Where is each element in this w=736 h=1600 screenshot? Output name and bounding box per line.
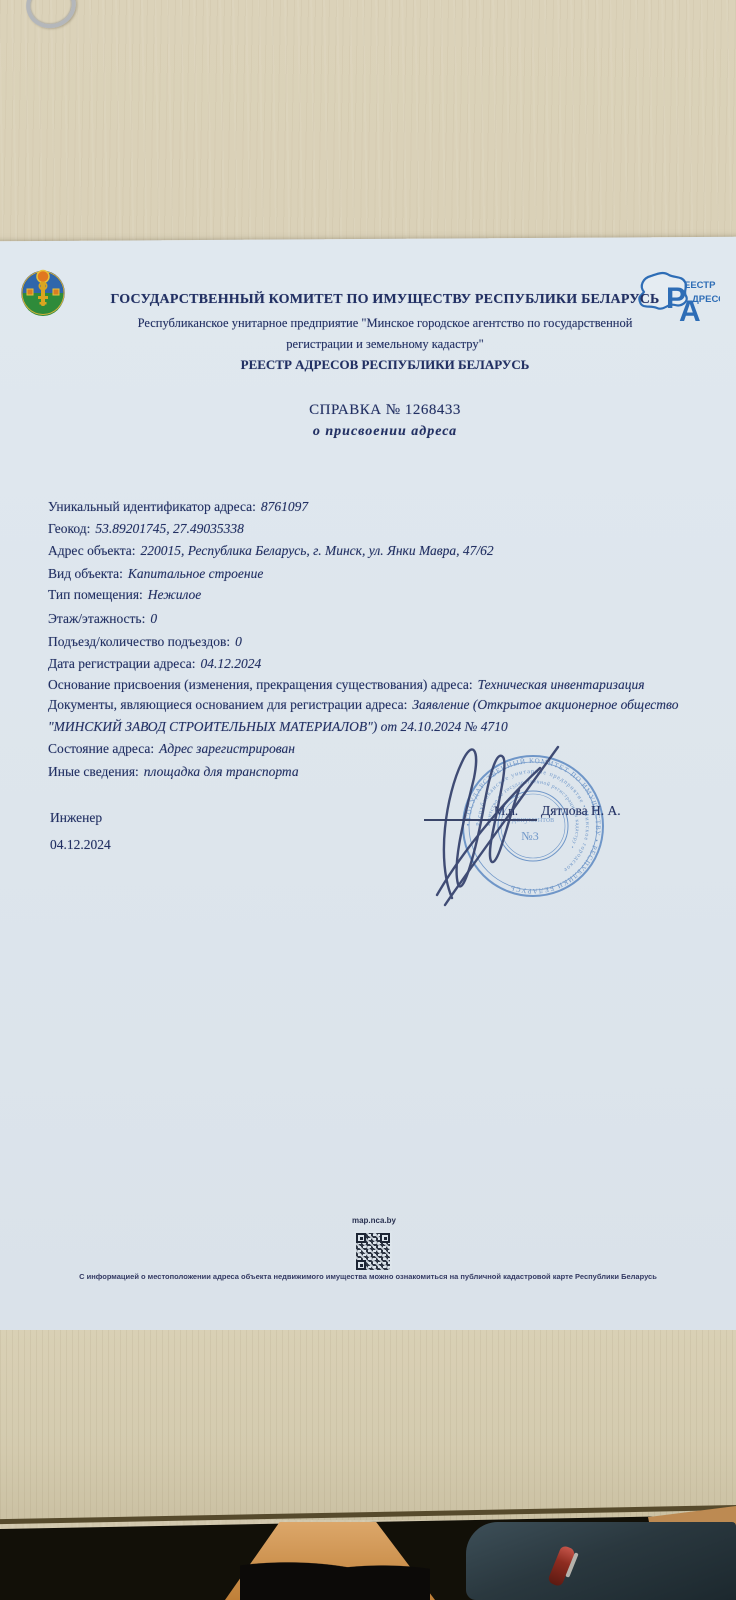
field-value: Нежилое <box>148 587 202 602</box>
signing-date: 04.12.2024 <box>50 837 111 853</box>
stamp-ring-outer-text: • ГОСУДАРСТВЕННЫЙ КОМИТЕТ ПО ИМУЩЕСТВУ •… <box>464 757 602 895</box>
field-value: Капитальное строение <box>128 566 263 581</box>
field-value: Заявление (Открытое акционерное общество <box>412 697 678 712</box>
field-row: Этаж/этажность:0 <box>48 611 157 627</box>
field-label: Вид объекта: <box>48 566 123 581</box>
qr-code <box>354 1231 392 1272</box>
signature-line <box>424 819 537 821</box>
field-row: Документы, являющиеся основанием для рег… <box>48 697 678 713</box>
signer-name: Дятлова Н. А. <box>541 803 621 819</box>
svg-text:• ГОСУДАРСТВЕННЫЙ КОМИТЕТ ПО И: • ГОСУДАРСТВЕННЫЙ КОМИТЕТ ПО ИМУЩЕСТВУ •… <box>464 757 602 895</box>
field-value: Адрес зарегистрирован <box>159 741 295 756</box>
committee-emblem-icon <box>20 266 66 316</box>
field-value: 220015, Республика Беларусь, г. Минск, у… <box>141 543 494 558</box>
binder-ring <box>21 0 82 34</box>
seal-place-abbr: М.п. <box>494 804 518 819</box>
field-label: Дата регистрации адреса: <box>48 656 195 671</box>
header-enterprise-line1: Республиканское унитарное предприятие "М… <box>60 316 710 331</box>
field-row: Уникальный идентификатор адреса:8761097 <box>48 499 308 515</box>
signer-position: Инженер <box>50 810 102 826</box>
official-stamp: • ГОСУДАРСТВЕННЫЙ КОМИТЕТ ПО ИМУЩЕСТВУ •… <box>410 724 660 924</box>
field-value: Техническая инвентаризация <box>478 677 645 692</box>
field-row: Тип помещения:Нежилое <box>48 587 201 603</box>
field-row: Геокод:53.89201745, 27.49035338 <box>48 521 244 537</box>
certificate-subtitle: о присвоении адреса <box>60 424 710 440</box>
field-row: Дата регистрации адреса:04.12.2024 <box>48 656 261 672</box>
certificate-number: СПРАВКА № 1268433 <box>60 402 710 419</box>
footer-note: С информацией о местоположении адреса об… <box>60 1272 676 1281</box>
field-row: Состояние адреса:Адрес зарегистрирован <box>48 741 295 757</box>
field-value: 8761097 <box>261 499 308 514</box>
field-label: Этаж/этажность: <box>48 611 145 626</box>
field-row: Основание присвоения (изменения, прекращ… <box>48 677 644 693</box>
logo-word-reestr: ЕЕСТР <box>684 280 716 291</box>
header-committee: ГОСУДАРСТВЕННЫЙ КОМИТЕТ ПО ИМУЩЕСТВУ РЕС… <box>60 292 710 308</box>
field-row: Иные сведения:площадка для транспорта <box>48 764 299 780</box>
field-value: 0 <box>150 611 157 626</box>
header-enterprise-line2: регистрации и земельному кадастру" <box>60 337 710 352</box>
field-label: Геокод: <box>48 521 90 536</box>
field-label: Основание присвоения (изменения, прекращ… <box>48 677 473 692</box>
field-label: Адрес объекта: <box>48 543 136 558</box>
table-front-edge <box>0 1330 736 1520</box>
field-value: 53.89201745, 27.49035338 <box>95 521 244 536</box>
field-row: Вид объекта:Капитальное строение <box>48 566 263 582</box>
field-row: Адрес объекта:220015, Республика Беларус… <box>48 543 494 559</box>
field-value: площадка для транспорта <box>144 764 299 779</box>
field-label: Иные сведения: <box>48 764 139 779</box>
qr-caption: map.nca.by <box>330 1216 418 1225</box>
qr-finder-icon <box>380 1233 390 1243</box>
field-label: Уникальный идентификатор адреса: <box>48 499 256 514</box>
field-label: Тип помещения: <box>48 587 143 602</box>
floor-shadow <box>240 1556 430 1600</box>
qr-finder-icon <box>356 1260 366 1270</box>
dark-object-under-table <box>466 1522 736 1600</box>
field-value: 04.12.2024 <box>200 656 261 671</box>
field-label: Документы, являющиеся основанием для рег… <box>48 697 407 712</box>
stamp-center-number: №3 <box>521 829 538 843</box>
header-registry: РЕЕСТР АДРЕСОВ РЕСПУБЛИКИ БЕЛАРУСЬ <box>60 357 710 373</box>
field-label: Подъезд/количество подъездов: <box>48 634 230 649</box>
photo-of-document: Р ЕЕСТР А ДРЕСОВ ГОСУДАРСТВЕННЫЙ КОМИТЕТ… <box>0 0 736 1600</box>
field-row: Подъезд/количество подъездов:0 <box>48 634 242 650</box>
qr-finder-icon <box>356 1233 366 1243</box>
field-value: 0 <box>235 634 242 649</box>
field-label: Состояние адреса: <box>48 741 154 756</box>
